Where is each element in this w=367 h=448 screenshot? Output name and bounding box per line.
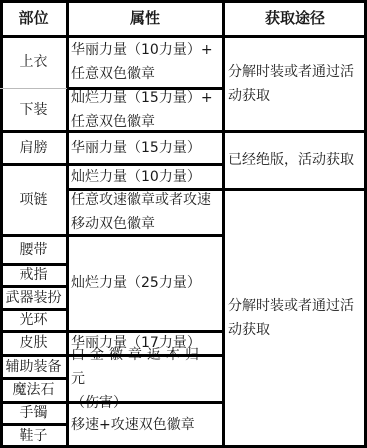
part-xianglian: 项链 <box>0 164 67 235</box>
part-shouzhuo: 手镯 <box>0 402 67 424</box>
part-wuqi: 武器装扮 <box>0 286 67 309</box>
border <box>0 423 67 426</box>
part-guanghuan: 光环 <box>0 309 67 331</box>
attr-shangyi-line2: 任意双色徽章 <box>71 62 155 86</box>
equipment-table: 部位 属性 获取途径 上衣 下装 肩膀 项链 腰带 戒指 武器装扮 光环 皮肤 … <box>0 0 367 448</box>
source-group-1-line2: 动获取 <box>228 84 270 108</box>
source-group-3: 分解时装或者通过活 动获取 <box>223 189 367 447</box>
border <box>67 401 223 404</box>
part-mofashi: 魔法石 <box>0 378 67 402</box>
header-part: 部位 <box>0 0 67 36</box>
border <box>0 330 67 333</box>
source-group-2: 已经绝版，活动获取 <box>223 131 367 189</box>
attr-platinum-line1: 白金徽章返本归元 <box>71 343 221 391</box>
attr-xianglian-1: 灿烂力量（10力量） <box>67 164 223 189</box>
border <box>67 87 223 90</box>
attr-xianglian-2-line1: 任意攻速徽章或者攻速 <box>71 188 211 212</box>
border <box>67 188 223 191</box>
attr-shangyi: 华丽力量（10力量）+ 任意双色徽章 <box>67 36 223 88</box>
attr-xianglian-2: 任意攻速徽章或者攻速 移动双色徽章 <box>67 189 223 235</box>
source-group-1-line1: 分解时装或者通过活 <box>228 60 354 84</box>
part-xiezi: 鞋子 <box>0 424 67 447</box>
border <box>0 0 367 3</box>
border <box>67 330 223 333</box>
attr-platinum: 白金徽章返本归元 （伤害） <box>67 355 223 402</box>
attr-xianglian-2-line2: 移动双色徽章 <box>71 212 155 236</box>
border <box>0 130 67 133</box>
border <box>0 234 67 237</box>
header-source: 获取途径 <box>223 0 367 36</box>
border <box>0 354 67 357</box>
border <box>67 130 223 133</box>
border <box>0 263 67 266</box>
source-group-3-line2: 动获取 <box>228 318 270 342</box>
part-fuzhu: 辅助装备 <box>0 355 67 378</box>
border <box>0 308 67 311</box>
part-jianbang: 肩膀 <box>0 131 67 164</box>
source-group-3-line1: 分解时装或者通过活 <box>228 294 354 318</box>
border <box>0 88 67 89</box>
border <box>0 401 67 404</box>
border <box>223 130 367 133</box>
border <box>0 35 367 38</box>
attr-jianbang: 华丽力量（15力量） <box>67 131 223 164</box>
part-yaodai: 腰带 <box>0 235 67 264</box>
border <box>0 377 67 380</box>
border <box>67 354 223 357</box>
border <box>0 0 3 448</box>
header-attribute: 属性 <box>67 0 223 36</box>
source-group-1: 分解时装或者通过活 动获取 <box>223 36 367 131</box>
part-xiazhuang: 下装 <box>0 88 67 131</box>
part-jiezhi: 戒指 <box>0 264 67 286</box>
border <box>66 0 69 448</box>
attr-xiazhuang: 灿烂力量（15力量）+ 任意双色徽章 <box>67 88 223 131</box>
attr-group-25: 灿烂力量（25力量） <box>67 235 223 331</box>
border <box>67 163 223 166</box>
border <box>0 285 67 288</box>
border <box>223 188 367 191</box>
border <box>222 0 225 448</box>
part-shangyi: 上衣 <box>0 36 67 88</box>
border <box>67 234 223 237</box>
border <box>0 163 67 166</box>
attr-speed: 移速+攻速双色徽章 <box>67 402 223 447</box>
attr-shangyi-line1: 华丽力量（10力量）+ <box>71 38 213 62</box>
part-pifu: 皮肤 <box>0 331 67 355</box>
